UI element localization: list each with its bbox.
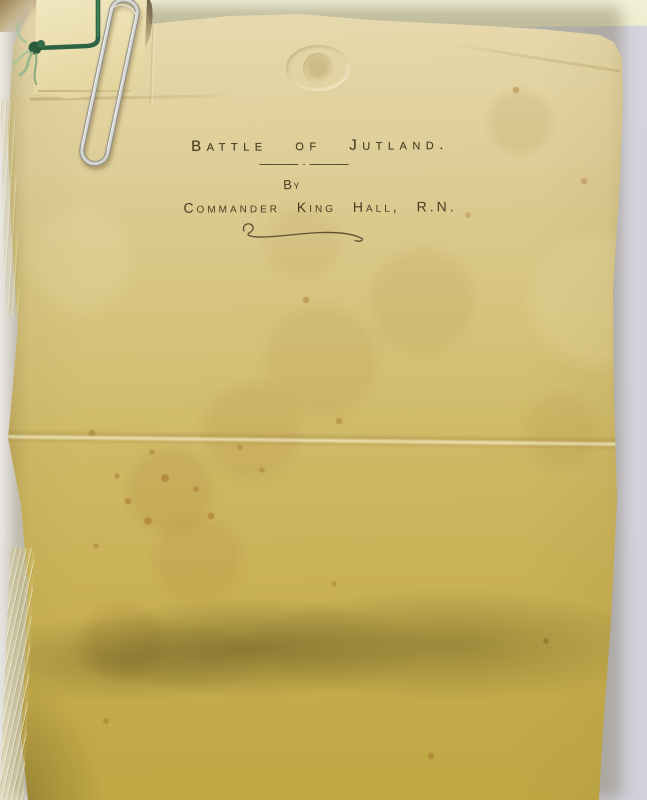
title-block: Battle of Jutland. ——— · ——— By Commande… bbox=[140, 137, 500, 246]
title-divider: ——— · ——— bbox=[124, 156, 484, 171]
photo-frame: Battle of Jutland. ——— · ——— By Commande… bbox=[0, 0, 647, 800]
embossed-seal bbox=[286, 45, 350, 91]
byline: By bbox=[112, 171, 472, 199]
flourish-underline bbox=[238, 220, 370, 246]
author-line: Commander King Hall, R.N. bbox=[140, 198, 500, 216]
document-title: Battle of Jutland. bbox=[140, 136, 500, 156]
